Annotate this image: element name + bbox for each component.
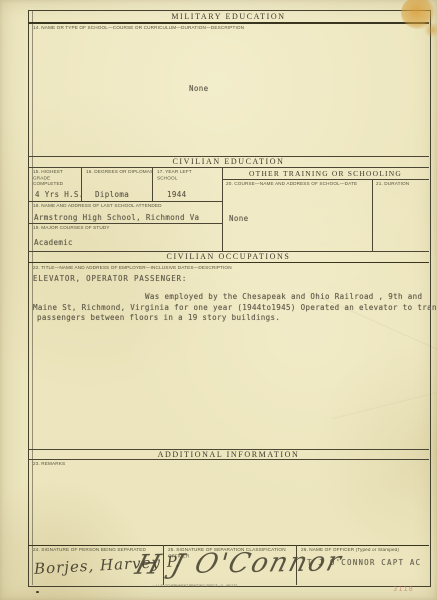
field-16-value: Diploma xyxy=(95,190,129,199)
civilian-occupations-header: CIVILIAN OCCUPATIONS xyxy=(29,252,428,261)
additional-information-header: ADDITIONAL INFORMATION xyxy=(29,450,428,459)
field-22-label: 22. TITLE—NAME AND ADDRESS OF EMPLOYER—I… xyxy=(33,266,232,272)
civilian-education-header: CIVILIAN EDUCATION xyxy=(29,157,428,166)
other-training-rule xyxy=(222,179,429,180)
field-19-label: 19. MAJOR COURSES OF STUDY xyxy=(33,226,110,232)
classification-officer-signature: H J O'Connor xyxy=(132,546,346,581)
rule-under-15-17 xyxy=(28,201,222,202)
field-18-value: Armstrong High School, Richmond Va xyxy=(34,213,199,222)
field-20-value: None xyxy=(229,214,248,223)
field-18-label: 18. NAME AND ADDRESS OF LAST SCHOOL ATTE… xyxy=(33,204,162,210)
field-15-value: 4 Yrs H.S. xyxy=(35,190,84,199)
field-22-job-title: ELEVATOR, OPERATOR PASSENGER: xyxy=(33,274,187,283)
field-20-label: 20. COURSE—NAME AND ADDRESS OF SCHOOL—DA… xyxy=(226,182,357,188)
form-border-inner-left xyxy=(32,10,33,585)
field-19-value: Academic xyxy=(34,238,73,247)
field-23-label: 23. REMARKS xyxy=(33,462,65,468)
field-22-description-line3: passengers between floors in a 19 story … xyxy=(37,313,280,322)
other-training-header: OTHER TRAINING OR SCHOOLING xyxy=(223,169,428,178)
signature-row-rule-top xyxy=(28,545,429,546)
page-number-stamp: 3118 xyxy=(393,585,414,593)
field-22-description-line1: Was employed by the Chesapeak and Ohio R… xyxy=(145,292,422,301)
field-22-description-line2: Maine St, Richmond, Virginia for one yea… xyxy=(33,303,437,312)
scanned-form-page: MILITARY EDUCATION 14. NAME OR TYPE OF S… xyxy=(0,0,437,600)
civilian-education-rule-bottom xyxy=(28,167,429,168)
military-education-rule xyxy=(28,22,429,24)
field-14-value: None xyxy=(189,84,208,93)
field-24-label: 24. SIGNATURE OF PERSON BEING SEPARATED xyxy=(33,548,146,554)
civilian-occupations-rule-bottom xyxy=(28,262,429,263)
ink-speck xyxy=(36,591,39,593)
field-17-label: 17. YEAR LEFT SCHOOL xyxy=(157,170,200,182)
rule-under-18 xyxy=(28,223,222,224)
field-17-value: 1944 xyxy=(167,190,186,199)
military-education-header: MILITARY EDUCATION xyxy=(29,12,428,21)
field-14-label: 14. NAME OR TYPE OF SCHOOL—COURSE OR CUR… xyxy=(33,26,244,32)
additional-information-rule-bottom xyxy=(28,459,429,460)
divider-20-21 xyxy=(372,179,373,252)
gpo-print-line: ☆ U. S. GOVERNMENT PRINTING OFFICE : O—6… xyxy=(148,584,242,588)
field-21-label: 21. DURATION xyxy=(376,182,409,188)
field-15-label: 15. HIGHEST GRADE COMPLETED xyxy=(33,170,80,188)
field-16-label: 16. DEGREES OR DIPLOMAS xyxy=(86,170,153,176)
